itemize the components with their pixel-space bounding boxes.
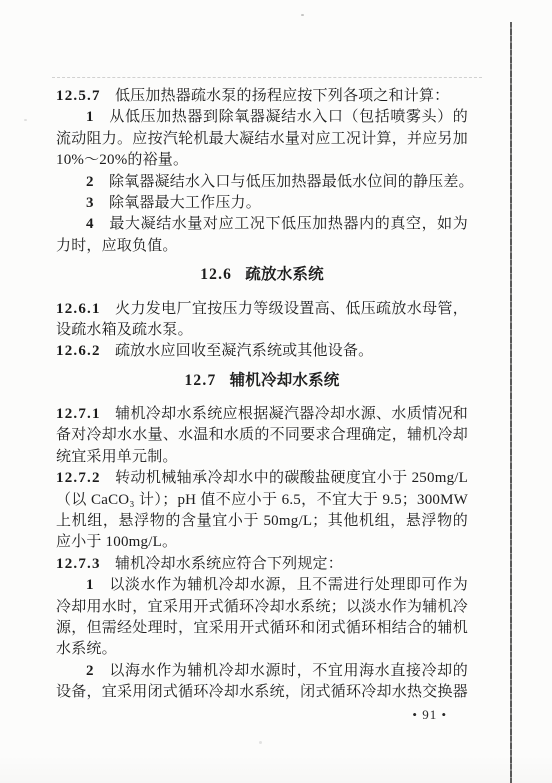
- scan-streak-artifact: [52, 77, 482, 78]
- item-number: 1: [86, 109, 95, 125]
- list-item-1: 1以淡水作为辅机冷却水源，且不需进行处理即可作为辅机: [56, 575, 468, 596]
- scan-speck: [301, 14, 304, 16]
- text-line: 备对冷却水水量、水温和水质的不同要求合理确定，辅机冷却水系: [56, 425, 468, 446]
- line-text: 水系统。: [56, 641, 117, 657]
- clause-number: 12.7.1: [56, 406, 101, 422]
- clause-number: 12.7.3: [56, 556, 101, 572]
- section-title: 疏放水系统: [245, 266, 324, 283]
- text-line: 力时，应取负值。: [56, 236, 468, 257]
- page-number: • 91 •: [56, 704, 468, 725]
- text-line: 流动阻力。应按汽轮机最大凝结水量对应工况计算，并应另加: [56, 129, 468, 150]
- item-number: 3: [86, 195, 95, 211]
- list-item-1: 1从低压加热器到除氧器凝结水入口（包括喷雾头）的介质: [56, 107, 468, 128]
- scanned-page: 12.5.7低压加热器疏水泵的扬程应按下列各项之和计算： 1从低压加热器到除氧器…: [0, 0, 552, 783]
- list-item-4: 4最大凝结水量对应工况下低压加热器内的真空，如为正压: [56, 214, 468, 235]
- clause-12-6-2: 12.6.2疏放水应回收至凝汽系统或其他设备。: [56, 341, 468, 362]
- list-item-2: 2以海水作为辅机冷却水源时，不宜用海水直接冷却的辅机: [56, 661, 468, 682]
- clause-number: 12.6.1: [56, 301, 101, 317]
- section-heading-12-6: 12.6疏放水系统: [56, 264, 468, 285]
- list-item-2: 2除氧器凝结水入口与低压加热器最低水位间的静压差。: [56, 172, 468, 193]
- scan-speck: [24, 119, 27, 121]
- line-text: 应小于 100mg/L。: [56, 534, 177, 550]
- line-text: 上机组，悬浮物的含量宜小于 50mg/L；其他机组，悬浮物的含量: [56, 513, 468, 532]
- item-text: 从低压加热器到除氧器凝结水入口（包括喷雾头）的介质: [56, 109, 468, 128]
- clause-12-5-7: 12.5.7低压加热器疏水泵的扬程应按下列各项之和计算：: [56, 86, 468, 107]
- line-text: 10%～20%的裕量。: [56, 152, 188, 168]
- text-line: 上机组，悬浮物的含量宜小于 50mg/L；其他机组，悬浮物的含量: [56, 511, 468, 532]
- line-text: （以 CaCO₃ 计）；pH 值不应小于 6.5，不宜大于 9.5；300MW …: [56, 492, 468, 511]
- text-line: 源，但需经处理时，宜采用开式循环和闭式循环相结合的辅机冷却: [56, 618, 468, 639]
- text-line: 水系统。: [56, 639, 468, 660]
- clause-number: 12.6.2: [56, 343, 101, 359]
- item-number: 4: [86, 216, 95, 232]
- item-number: 2: [86, 174, 95, 190]
- line-text: 设疏水箱及疏水泵。: [56, 322, 193, 338]
- clause-12-7-2: 12.7.2转动机械轴承冷却水中的碳酸盐硬度宜小于 250mg/L: [56, 468, 468, 489]
- item-text: 除氧器凝结水入口与低压加热器最低水位间的静压差。: [109, 174, 468, 190]
- text-line: 设备，宜采用闭式循环冷却水系统，闭式循环冷却水热交换器宜由: [56, 682, 468, 703]
- section-number: 12.7: [184, 372, 216, 389]
- text-line: （以 CaCO₃ 计）；pH 值不应小于 6.5，不宜大于 9.5；300MW …: [56, 490, 468, 511]
- line-text: 设备，宜采用闭式循环冷却水系统，闭式循环冷却水热交换器宜由: [56, 684, 468, 703]
- item-text: 除氧器最大工作压力。: [109, 195, 261, 211]
- line-text: 备对冷却水水量、水温和水质的不同要求合理确定，辅机冷却水系: [56, 427, 468, 446]
- clause-12-7-1: 12.7.1辅机冷却水系统应根据凝汽器冷却水源、水质情况和设: [56, 404, 468, 425]
- line-text: 冷却用水时，宜采用开式循环冷却水系统；以淡水作为辅机冷却水: [56, 599, 468, 618]
- section-heading-12-7: 12.7辅机冷却水系统: [56, 370, 468, 391]
- line-text: 源，但需经处理时，宜采用开式循环和闭式循环相结合的辅机冷却: [56, 620, 468, 639]
- line-text: 流动阻力。应按汽轮机最大凝结水量对应工况计算，并应另加: [56, 131, 468, 147]
- item-text: 以淡水作为辅机冷却水源，且不需进行处理即可作为辅机: [56, 577, 468, 596]
- item-text: 最大凝结水量对应工况下低压加热器内的真空，如为正压: [56, 216, 468, 235]
- line-text: 统宜采用单元制。: [56, 449, 178, 465]
- clause-text: 疏放水应回收至凝汽系统或其他设备。: [115, 343, 373, 359]
- clause-number: 12.7.2: [56, 470, 101, 486]
- clause-text: 低压加热器疏水泵的扬程应按下列各项之和计算：: [115, 88, 449, 104]
- item-number: 2: [86, 663, 95, 679]
- section-number: 12.6: [200, 266, 232, 283]
- clause-12-7-3: 12.7.3辅机冷却水系统应符合下列规定：: [56, 554, 468, 575]
- text-line: 应小于 100mg/L。: [56, 532, 468, 553]
- scan-edge-line-artifact: [510, 22, 512, 783]
- item-text: 以海水作为辅机冷却水源时，不宜用海水直接冷却的辅机: [56, 663, 468, 682]
- text-line: 10%～20%的裕量。: [56, 150, 468, 171]
- clause-12-6-1: 12.6.1火力发电厂宜按压力等级设置高、低压疏放水母管，可不: [56, 299, 468, 320]
- section-title: 辅机冷却水系统: [230, 372, 340, 389]
- clause-number: 12.5.7: [56, 88, 101, 104]
- document-body: 12.5.7低压加热器疏水泵的扬程应按下列各项之和计算： 1从低压加热器到除氧器…: [56, 86, 468, 725]
- text-line: 冷却用水时，宜采用开式循环冷却水系统；以淡水作为辅机冷却水: [56, 597, 468, 618]
- clause-text: 火力发电厂宜按压力等级设置高、低压疏放水母管，可不: [56, 301, 468, 320]
- clause-text: 辅机冷却水系统应根据凝汽器冷却水源、水质情况和设: [56, 406, 468, 425]
- item-number: 1: [86, 577, 95, 593]
- clause-text: 转动机械轴承冷却水中的碳酸盐硬度宜小于 250mg/L: [115, 470, 468, 486]
- line-text: 力时，应取负值。: [56, 238, 178, 254]
- text-line: 设疏水箱及疏水泵。: [56, 320, 468, 341]
- list-item-3: 3除氧器最大工作压力。: [56, 193, 468, 214]
- scan-speck: [259, 741, 262, 744]
- text-line: 统宜采用单元制。: [56, 447, 468, 468]
- clause-text: 辅机冷却水系统应符合下列规定：: [115, 556, 343, 572]
